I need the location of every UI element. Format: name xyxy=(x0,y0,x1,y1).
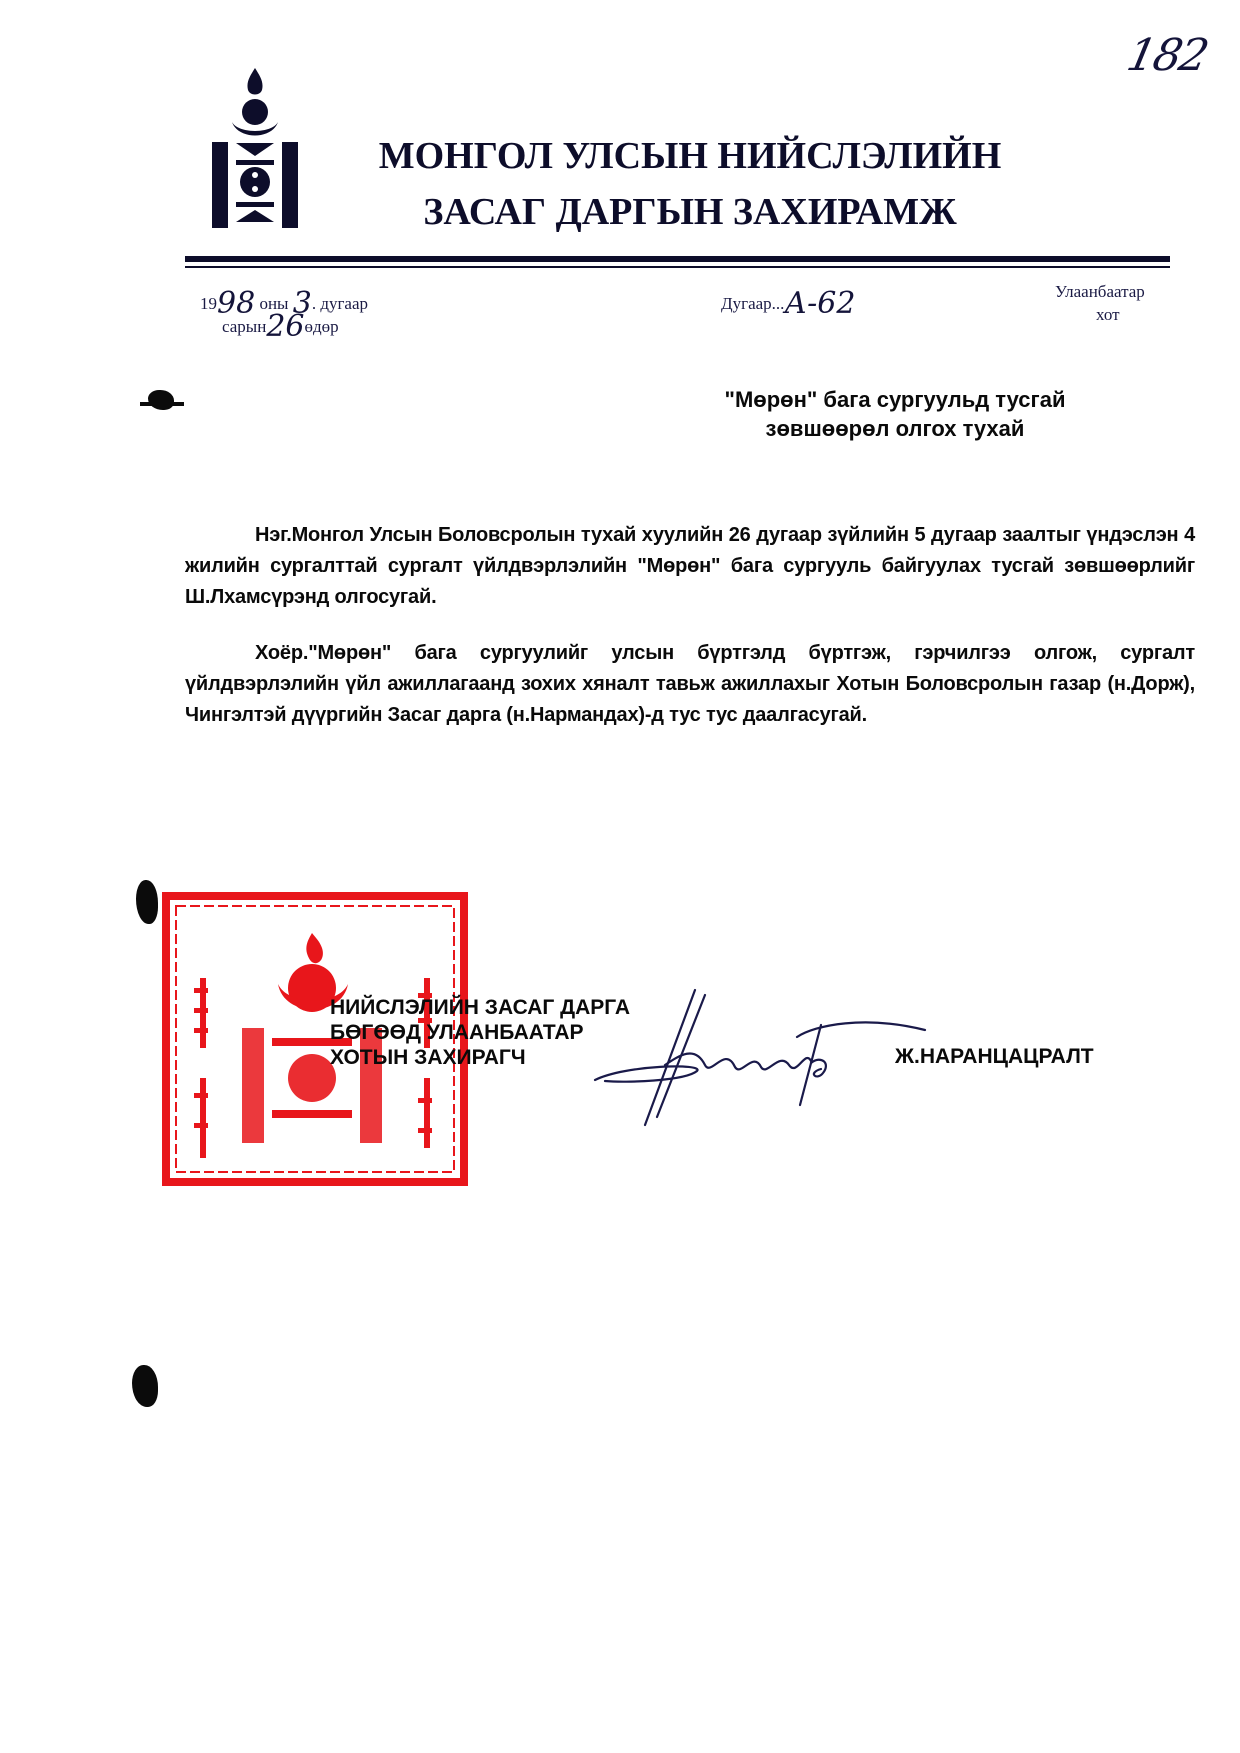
number-dots: ... xyxy=(772,294,785,313)
number-handwritten: А-62 xyxy=(784,286,855,321)
subject-line-1: "Мөрөн" бага сургуульд тусгай xyxy=(690,385,1100,414)
number-label: Дугаар xyxy=(721,294,772,313)
header-rule-thin xyxy=(185,266,1170,268)
header-rule-thick xyxy=(185,256,1170,262)
signer-position: НИЙСЛЭЛИЙН ЗАСАГ ДАРГА БӨГӨӨД УЛААНБААТА… xyxy=(330,995,630,1070)
title-line-1: МОНГОЛ УЛСЫН НИЙСЛЭЛИЙН xyxy=(330,128,1050,184)
ink-blot xyxy=(136,880,158,924)
ink-blot xyxy=(132,1365,158,1407)
day-suffix: өдөр xyxy=(305,317,339,336)
document-title: МОНГОЛ УЛСЫН НИЙСЛЭЛИЙН ЗАСАГ ДАРГЫН ЗАХ… xyxy=(330,128,1050,240)
document-number: Дугаар...А-62 xyxy=(721,282,855,317)
year-prefix: 19 xyxy=(200,294,217,313)
body-paragraph-1: Нэг.Монгол Улсын Боловсролын тухай хуули… xyxy=(185,520,1195,613)
signer-position-line-1: НИЙСЛЭЛИЙН ЗАСАГ ДАРГА xyxy=(330,995,630,1020)
title-line-2: ЗАСАГ ДАРГЫН ЗАХИРАМЖ xyxy=(330,184,1050,240)
ink-blot xyxy=(148,390,174,410)
body-paragraph-2: Хоёр."Мөрөн" бага сургуулийг улсын бүртг… xyxy=(185,638,1195,731)
place-city-suffix: хот xyxy=(1096,305,1120,325)
place-city: Улаанбаатар xyxy=(1055,282,1145,302)
signer-position-line-3: ХОТЫН ЗАХИРАГЧ xyxy=(330,1045,630,1070)
subject-heading: "Мөрөн" бага сургуульд тусгай зөвшөөрөл … xyxy=(690,385,1100,443)
day-prefix: сарын xyxy=(222,317,266,336)
page-number: 182 xyxy=(1123,30,1212,81)
signer-name: Ж.НАРАНЦАЦРАЛТ xyxy=(895,1045,1094,1069)
day-line: сарын26өдөр xyxy=(222,305,339,340)
subject-line-2: зөвшөөрөл олгох тухай xyxy=(690,414,1100,443)
day-handwritten: 26 xyxy=(266,309,304,344)
soyombo-emblem-icon xyxy=(212,68,298,228)
ink-blot-mark xyxy=(140,402,184,406)
signer-position-line-2: БӨГӨӨД УЛААНБААТАР xyxy=(330,1020,630,1045)
